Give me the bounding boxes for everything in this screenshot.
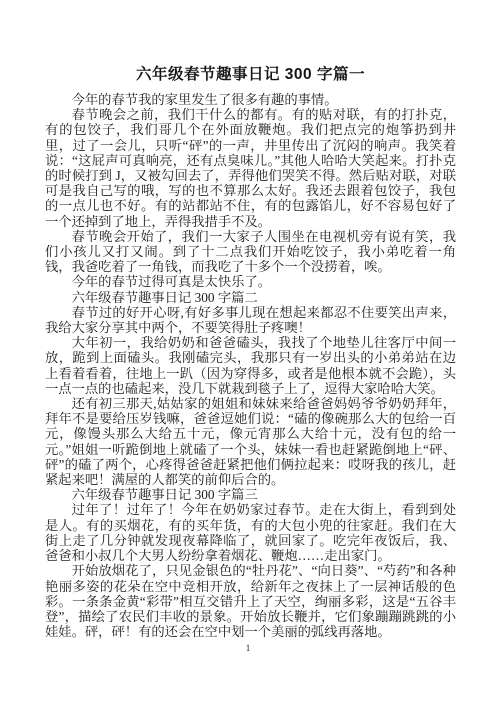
document-page: 六年级春节趣事日记 300 字篇一 今年的春节我的家里发生了很多有趣的事情。春节… [0, 0, 496, 702]
paragraph: 大年初一，我给奶奶和爸爸磕头，我找了个地垫儿往客厅中间一放，跪到上面磕头。我刚磕… [45, 335, 456, 396]
paragraph: 春节晚会之前，我们干什么的都有。有的贴对联，有的打扑克，有的包饺子，我们哥几个在… [45, 107, 456, 229]
paragraph: 今年的春节过得可真是太快乐了。 [45, 274, 456, 289]
paragraph: 过年了！过年了！今年在奶奶家过春节。走在大街上，看到到处是人。有的买烟花，有的买… [45, 502, 456, 563]
page-number: 1 [0, 643, 496, 654]
document-body: 今年的春节我的家里发生了很多有趣的事情。春节晚会之前，我们干什么的都有。有的贴对… [45, 92, 456, 639]
paragraph: 春节晚会开始了，我们一大家子人围坐在电视机旁有说有笑，我们小孩儿又打又闹。到了十… [45, 229, 456, 275]
document-title: 六年级春节趣事日记 300 字篇一 [45, 64, 456, 85]
paragraph: 六年级春节趣事日记 300 字篇三 [45, 487, 456, 502]
paragraph: 开始放烟花了，只见金银色的“牡丹花”、“向日葵”、“芍药”和各种艳丽多姿的花朵在… [45, 563, 456, 639]
paragraph: 春节过的好开心呀,有好多事儿现在想起来都忍不住要笑出声来，我给大家分享其中两个，… [45, 305, 456, 335]
paragraph: 六年级春节趣事日记 300 字篇二 [45, 290, 456, 305]
paragraph: 还有初三那天,姑姑家的姐姐和妹妹来给爸爸妈妈爷爷奶奶拜年，拜年不是要给压岁钱嘛，… [45, 396, 456, 487]
paragraph: 今年的春节我的家里发生了很多有趣的事情。 [45, 92, 456, 107]
